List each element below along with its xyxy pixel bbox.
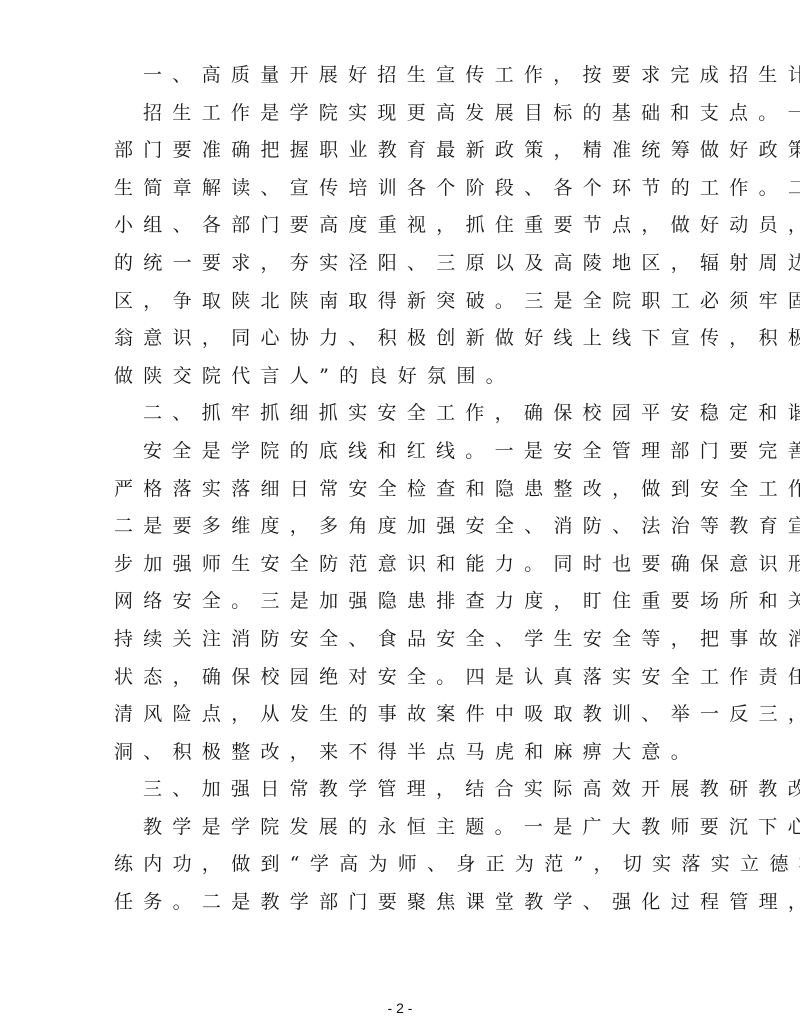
paragraph-line: 二是要多维度，多角度加强安全、消防、法治等教育宣传，进一 [114, 508, 674, 546]
paragraph-line: 生简章解读、宣传培训各个阶段、各个环节的工作。二是各招生 [114, 170, 674, 208]
paragraph-line: 清风险点，从发生的事故案件中吸取教训、举一反三，查找漏 [114, 696, 674, 734]
paragraph-line: 安全是学院的底线和红线。一是安全管理部门要完善制度， [114, 433, 674, 471]
page-number: - 2 - [0, 1000, 800, 1016]
paragraph-line: 练内功，做到“学高为师、身正为范”，切实落实立德树人根本 [114, 846, 674, 884]
paragraph-line: 部门要准确把握职业教育最新政策，精准统筹做好政策宣讲、招 [114, 132, 674, 170]
section-heading-2: 二、抓牢抓细抓实安全工作，确保校园平安稳定和谐。 [114, 395, 674, 433]
paragraph-line: 教学是学院发展的永恒主题。一是广大教师要沉下心来，苦 [114, 809, 674, 847]
paragraph-line: 状态，确保校园绝对安全。四是认真落实安全工作责任制，要摸 [114, 659, 674, 697]
paragraph-line: 招生工作是学院实现更高发展目标的基础和支点。一是招生 [114, 95, 674, 133]
paragraph-line: 翁意识，同心协力、积极创新做好线上线下宣传，积极营造“争 [114, 320, 674, 358]
paragraph-line: 网络安全。三是加强隐患排查力度，盯住重要场所和关键部位， [114, 583, 674, 621]
paragraph-line: 任务。二是教学部门要聚焦课堂教学、强化过程管理，全面夯实 [114, 884, 674, 922]
paragraph-line: 做陕交院代言人”的良好氛围。 [114, 358, 674, 396]
paragraph-line: 洞、积极整改，来不得半点马虎和麻痹大意。 [114, 734, 674, 772]
section-heading-1: 一、高质量开展好招生宣传工作，按要求完成招生计划。 [114, 57, 674, 95]
paragraph-line: 持续关注消防安全、食品安全、学生安全等，把事故消灭在萌芽 [114, 621, 674, 659]
document-page: 一、高质量开展好招生宣传工作，按要求完成招生计划。 招生工作是学院实现更高发展目… [114, 57, 674, 922]
section-heading-3: 三、加强日常教学管理，结合实际高效开展教研教改工作。 [114, 771, 674, 809]
paragraph-line: 的统一要求，夯实泾阳、三原以及高陵地区，辐射周边重点县 [114, 245, 674, 283]
paragraph-line: 步加强师生安全防范意识和能力。同时也要确保意识形态安全和 [114, 546, 674, 584]
paragraph-line: 小组、各部门要高度重视，抓住重要节点，做好动员，按照学院 [114, 207, 674, 245]
paragraph-line: 区，争取陕北陕南取得新突破。三是全院职工必须牢固树立主人 [114, 283, 674, 321]
paragraph-line: 严格落实落细日常安全检查和隐患整改，做到安全工作常态化。 [114, 471, 674, 509]
